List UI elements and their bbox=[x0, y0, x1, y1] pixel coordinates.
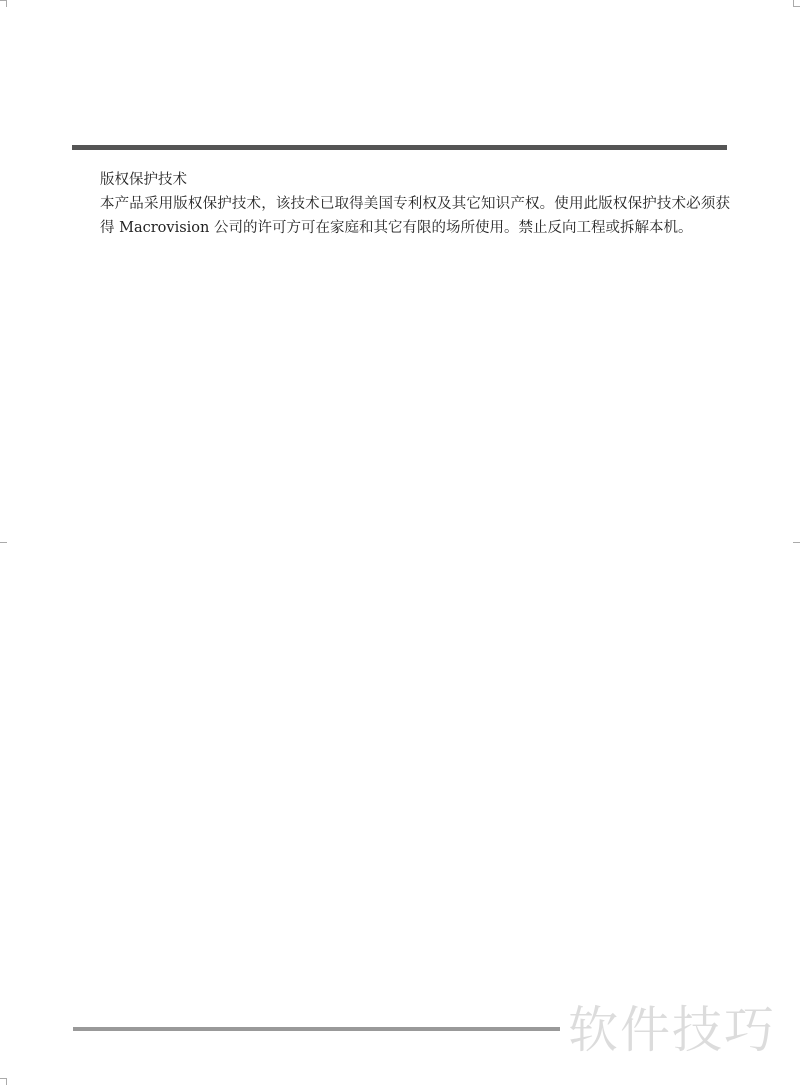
document-body: 版权保护技术 本产品采用版权保护技术，该技术已取得美国专利权及其它知识产权。使用… bbox=[100, 168, 730, 240]
crop-mark-mid-left bbox=[0, 542, 7, 543]
crop-mark-top-right bbox=[793, 6, 800, 7]
crop-mark-mid-right bbox=[793, 542, 800, 543]
watermark-text: 软件技巧 bbox=[568, 990, 776, 1062]
body-paragraph: 本产品采用版权保护技术，该技术已取得美国专利权及其它知识产权。使用此版权保护技术… bbox=[100, 192, 730, 240]
crop-mark-top-left bbox=[6, 0, 7, 7]
header-rule bbox=[72, 145, 727, 150]
crop-mark-bottom-left bbox=[6, 1078, 7, 1085]
section-title: 版权保护技术 bbox=[100, 168, 730, 192]
footer-rule bbox=[73, 1027, 560, 1031]
